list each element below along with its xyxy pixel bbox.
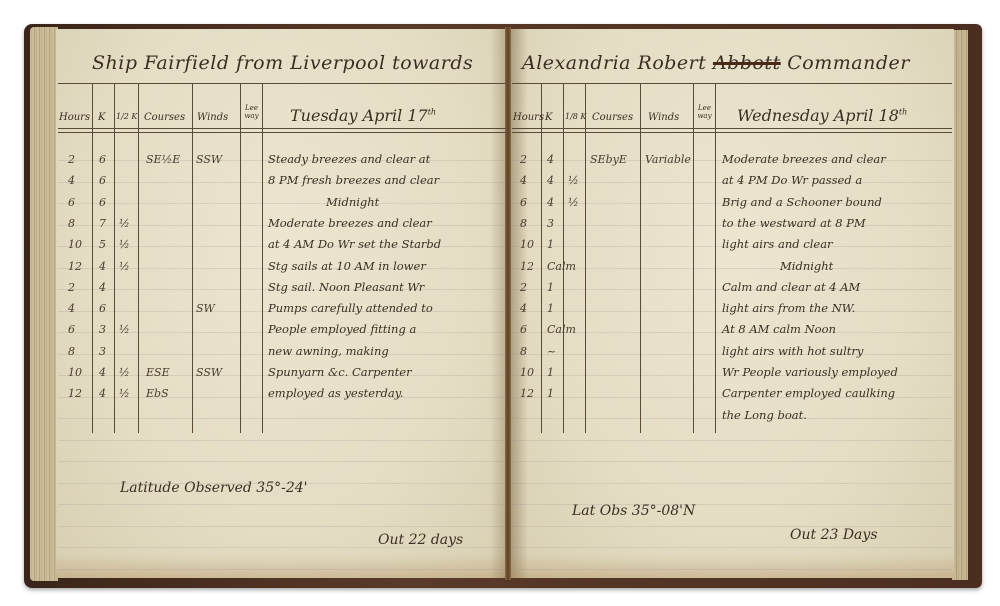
fraction-cell: ½ [119, 260, 130, 273]
page-stain [56, 554, 508, 578]
knots-cell: Calm [547, 260, 576, 273]
page-stain [510, 554, 954, 578]
ruling-line [512, 569, 952, 570]
header-rule [512, 83, 952, 84]
knots-cell: 3 [547, 217, 554, 230]
hour-cell: 6 [68, 196, 75, 209]
column-rule [192, 83, 193, 433]
remark-line: at 4 AM Do Wr set the Starbd [268, 237, 441, 251]
column-rule [563, 83, 564, 433]
hour-cell: 2 [520, 281, 527, 294]
knots-cell: 1 [547, 366, 554, 379]
hour-cell: 4 [68, 302, 75, 315]
knots-cell: 1 [547, 387, 554, 400]
hour-cell: 2 [68, 153, 75, 166]
column-header-knots: K [98, 112, 105, 123]
header-double-rule [58, 132, 506, 133]
ruling-line [58, 440, 506, 441]
wind-cell: SSW [196, 366, 222, 379]
hour-cell: 10 [520, 238, 534, 251]
ruling-line [512, 268, 952, 269]
remark-line: Spunyarn &c. Carpenter [268, 365, 412, 379]
fraction-cell: ½ [119, 387, 130, 400]
column-header-hours: Hours [513, 112, 544, 123]
hour-cell: 6 [520, 196, 527, 209]
hour-cell: 2 [68, 281, 75, 294]
column-rule [541, 83, 542, 433]
hour-cell: 8 [68, 217, 75, 230]
knots-cell: 4 [547, 196, 554, 209]
knots-cell: 6 [99, 302, 106, 315]
remark-line: People employed fitting a [268, 322, 416, 336]
hour-cell: 6 [68, 323, 75, 336]
remark-line: Calm and clear at 4 AM [722, 280, 860, 294]
ruling-line [58, 526, 506, 527]
day-heading-text: Tuesday April 17 [290, 106, 428, 125]
column-header-courses: Courses [144, 112, 185, 123]
fraction-cell: ½ [568, 196, 579, 209]
fraction-cell: ½ [119, 366, 130, 379]
right-latitude-note: Lat Obs 35°-08'N [572, 503, 695, 519]
remark-line: Wr People variously employed [722, 365, 898, 379]
left-day-heading: Tuesday April 17th [290, 106, 436, 125]
hour-cell: 6 [520, 323, 527, 336]
header-double-rule [512, 128, 952, 129]
remark-line: employed as yesterday. [268, 386, 403, 400]
column-rule [585, 83, 586, 433]
right-days-out: Out 23 Days [790, 527, 878, 543]
remark-line: light airs with hot sultry [722, 344, 863, 358]
remark-midnight-marker: Midnight [326, 195, 379, 209]
knots-cell: 1 [547, 281, 554, 294]
column-rule [640, 83, 641, 433]
column-rule [114, 83, 115, 433]
column-header-fathoms: 1/8 K [565, 112, 586, 121]
hour-cell: 8 [520, 345, 527, 358]
course-cell: ESE [146, 366, 170, 379]
ruling-line [58, 418, 506, 419]
remark-line: new awning, making [268, 344, 389, 358]
column-rule [138, 83, 139, 433]
remark-line: 8 PM fresh breezes and clear [268, 173, 439, 187]
page-edges-right [952, 30, 968, 580]
ruling-line [58, 569, 506, 570]
ruling-line [512, 461, 952, 462]
day-heading-suffix: th [899, 108, 907, 117]
hour-cell: 4 [520, 302, 527, 315]
hour-cell: 8 [520, 217, 527, 230]
left-latitude-note: Latitude Observed 35°-24' [120, 480, 308, 496]
hour-cell: 10 [68, 238, 82, 251]
remark-line: at 4 PM Do Wr passed a [722, 173, 862, 187]
remark-line: At 8 AM calm Noon [722, 322, 836, 336]
remark-line: light airs and clear [722, 237, 833, 251]
knots-cell: 6 [99, 196, 106, 209]
ruling-line [58, 203, 506, 204]
hour-cell: 12 [520, 260, 534, 273]
commander-name: Alexandria Robert [522, 52, 706, 74]
hour-cell: 4 [68, 174, 75, 187]
left-days-out: Out 22 days [378, 532, 463, 548]
wind-cell: SW [196, 302, 215, 315]
column-rule [693, 83, 694, 433]
header-double-rule [512, 132, 952, 133]
wind-cell: Variable [645, 153, 691, 166]
remark-line: Moderate breezes and clear [268, 216, 432, 230]
knots-cell: Calm [547, 323, 576, 336]
right-page-title: Alexandria Robert Abbott Commander [522, 52, 910, 74]
ruling-line [512, 526, 952, 527]
header-double-rule [58, 128, 506, 129]
hour-cell: 8 [68, 345, 75, 358]
remark-line: Stg sails at 10 AM in lower [268, 259, 426, 273]
wind-cell: SSW [196, 153, 222, 166]
fraction-cell: ½ [119, 238, 130, 251]
day-heading-text: Wednesday April 18 [737, 106, 899, 125]
ruling-line [58, 461, 506, 462]
right-day-heading: Wednesday April 18th [737, 106, 907, 125]
knots-cell: 1 [547, 302, 554, 315]
ruling-line [512, 547, 952, 548]
hour-cell: 12 [520, 387, 534, 400]
knots-cell: 4 [99, 366, 106, 379]
ruling-line [512, 483, 952, 484]
column-header-leeway: Lee way [694, 104, 715, 120]
knots-cell: ~ [547, 345, 556, 358]
course-cell: SEbyE [590, 153, 627, 166]
remark-line: light airs from the NW. [722, 301, 855, 315]
knots-cell: 4 [547, 174, 554, 187]
knots-cell: 4 [547, 153, 554, 166]
course-cell: EbS [146, 387, 169, 400]
knots-cell: 5 [99, 238, 106, 251]
column-header-hours: Hours [59, 112, 90, 123]
knots-cell: 6 [99, 153, 106, 166]
column-header-fathoms: 1/2 K [116, 112, 137, 121]
remark-line: to the westward at 8 PM [722, 216, 866, 230]
knots-cell: 4 [99, 387, 106, 400]
knots-cell: 7 [99, 217, 106, 230]
header-rule [58, 83, 506, 84]
column-header-winds: Winds [648, 112, 679, 123]
knots-cell: 3 [99, 345, 106, 358]
remark-line: Brig and a Schooner bound [722, 195, 882, 209]
knots-cell: 1 [547, 238, 554, 251]
left-page-title: Ship Fairfield from Liverpool towards [92, 52, 473, 74]
remark-line: Stg sail. Noon Pleasant Wr [268, 280, 424, 294]
column-rule [715, 83, 716, 433]
remark-midnight-marker: Midnight [780, 259, 833, 273]
hour-cell: 4 [520, 174, 527, 187]
remark-line: Moderate breezes and clear [722, 152, 886, 166]
day-heading-suffix: th [428, 108, 436, 117]
fraction-cell: ½ [119, 217, 130, 230]
knots-cell: 3 [99, 323, 106, 336]
column-header-leeway: Lee way [241, 104, 262, 120]
remark-line: Steady breezes and clear at [268, 152, 430, 166]
remark-line: Pumps carefully attended to [268, 301, 433, 315]
column-header-courses: Courses [592, 112, 633, 123]
fraction-cell: ½ [568, 174, 579, 187]
column-rule [262, 83, 263, 433]
book-gutter [505, 27, 511, 580]
column-header-knots: K [545, 112, 552, 123]
hour-cell: 10 [520, 366, 534, 379]
column-rule [92, 83, 93, 433]
remark-line: the Long boat. [722, 408, 807, 422]
fraction-cell: ½ [119, 323, 130, 336]
struck-out-surname: Abbott [713, 52, 781, 74]
ruling-line [512, 440, 952, 441]
page-edges-left [30, 27, 58, 581]
commander-role: Commander [787, 52, 910, 74]
course-cell: SE½E [146, 153, 180, 166]
hour-cell: 12 [68, 260, 82, 273]
knots-cell: 4 [99, 260, 106, 273]
remark-line: Carpenter employed caulking [722, 386, 895, 400]
column-rule [240, 83, 241, 433]
hour-cell: 2 [520, 153, 527, 166]
ruling-line [58, 504, 506, 505]
hour-cell: 10 [68, 366, 82, 379]
hour-cell: 12 [68, 387, 82, 400]
column-header-winds: Winds [197, 112, 228, 123]
knots-cell: 6 [99, 174, 106, 187]
knots-cell: 4 [99, 281, 106, 294]
